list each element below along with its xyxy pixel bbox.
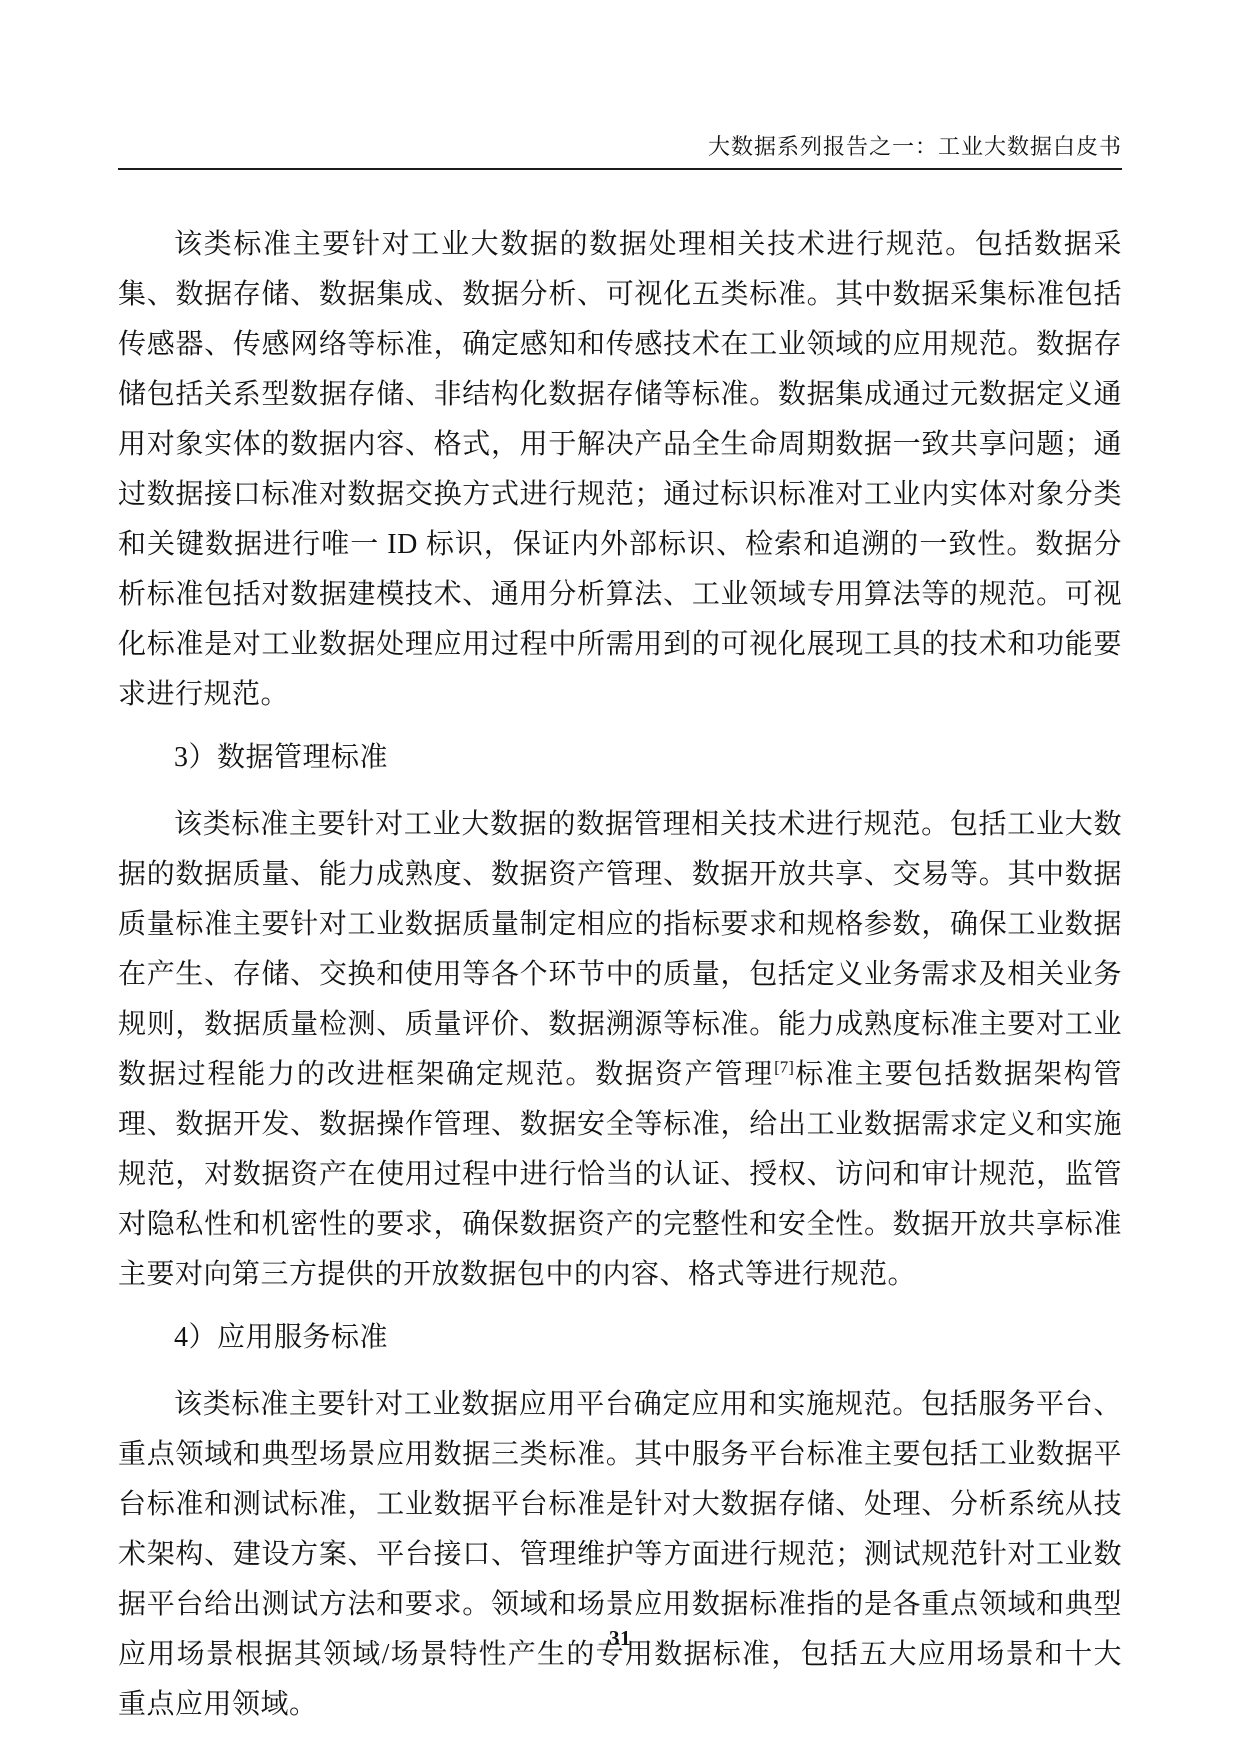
- document-page: 大数据系列报告之一：工业大数据白皮书 该类标准主要针对工业大数据的数据处理相关技…: [0, 0, 1240, 1754]
- page-footer: 31: [0, 1626, 1240, 1651]
- paragraph-text-before-citation: 该类标准主要针对工业大数据的数据管理相关技术进行规范。包括工业大数据的数据质量、…: [118, 809, 1122, 1090]
- paragraph-application-service: 该类标准主要针对工业数据应用平台确定应用和实施规范。包括服务平台、重点领域和典型…: [118, 1380, 1122, 1730]
- heading-data-management-standard: 3）数据管理标准: [118, 733, 1122, 783]
- page-number: 31: [609, 1626, 631, 1650]
- paragraph-data-management: 该类标准主要针对工业大数据的数据管理相关技术进行规范。包括工业大数据的数据质量、…: [118, 800, 1122, 1300]
- paragraph-text-after-citation: 标准主要包括数据架构管理、数据开发、数据操作管理、数据安全等标准，给出工业数据需…: [118, 1059, 1122, 1290]
- document-body: 该类标准主要针对工业大数据的数据处理相关技术进行规范。包括数据采集、数据存储、数…: [118, 220, 1122, 1730]
- paragraph-data-processing: 该类标准主要针对工业大数据的数据处理相关技术进行规范。包括数据采集、数据存储、数…: [118, 220, 1122, 720]
- citation-ref-7: [7]: [774, 1058, 794, 1077]
- heading-application-service-standard: 4）应用服务标准: [118, 1313, 1122, 1363]
- header-title: 大数据系列报告之一：工业大数据白皮书: [708, 134, 1122, 159]
- page-header: 大数据系列报告之一：工业大数据白皮书: [118, 0, 1122, 170]
